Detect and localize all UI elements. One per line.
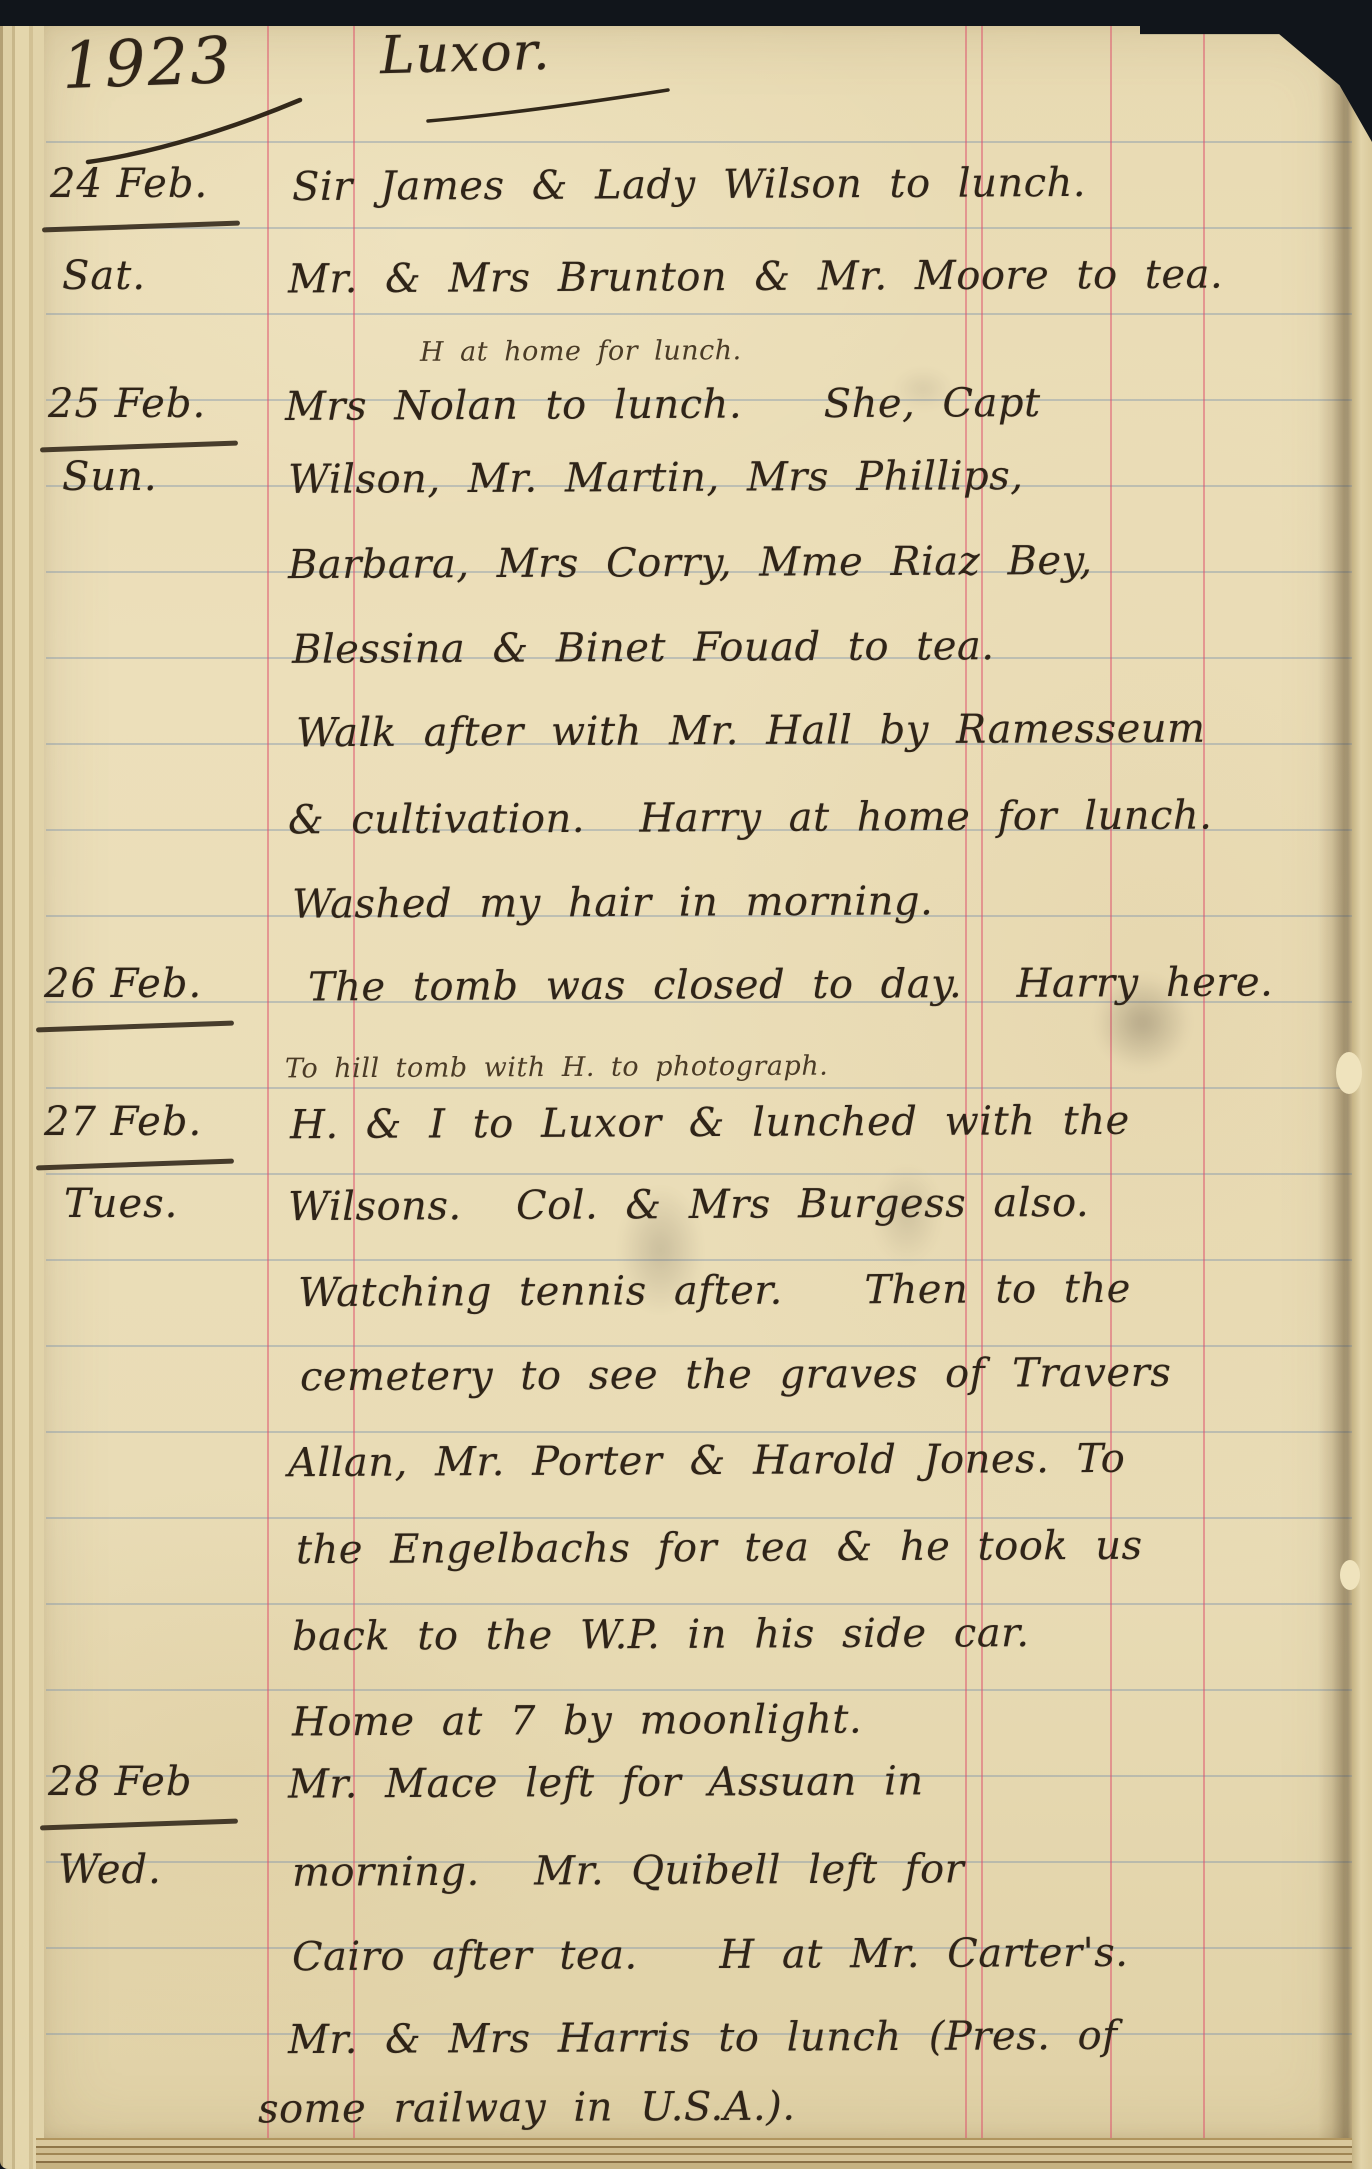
entry-text: Cairo after tea. H at Mr. Carter's. [292, 1930, 1129, 1980]
ruled-line [46, 1259, 1366, 1261]
interlinear-note: H at home for lunch. [420, 335, 742, 368]
ruled-line [46, 227, 1366, 229]
entry-text: Walk after with Mr. Hall by Ramesseum [296, 706, 1206, 757]
ruled-line [46, 1345, 1366, 1347]
entry-text: H. & I to Luxor & lunched with the [290, 1098, 1130, 1148]
page-stack-bottom-edge [36, 2138, 1352, 2169]
page-edge-notch [1340, 1560, 1360, 1590]
adjacent-page-edge [1352, 92, 1372, 2169]
ink-smudge [872, 1165, 942, 1265]
margin-line [981, 24, 983, 2140]
entry-date-label: 25 Feb. [48, 382, 206, 426]
ink-smudge [1095, 975, 1190, 1070]
ruled-line [46, 1087, 1366, 1089]
margin-line [267, 24, 269, 2140]
entry-date-label: 26 Feb. [44, 962, 202, 1006]
margin-line [965, 24, 967, 2140]
ink-smudge [893, 368, 953, 410]
ruled-line [46, 1431, 1366, 1433]
margin-line [1203, 24, 1205, 2140]
entry-text: cemetery to see the graves of Travers [300, 1350, 1172, 1401]
entry-text: Mr. & Mrs Brunton & Mr. Moore to tea. [288, 252, 1223, 303]
entry-text: back to the W.P. in his side car. [292, 1610, 1030, 1660]
year-heading: 1923 [61, 29, 234, 99]
page-stack-left-edge [0, 18, 44, 2169]
ruled-line [46, 1603, 1366, 1605]
entry-text: Allan, Mr. Porter & Harold Jones. To [288, 1436, 1125, 1486]
ruled-line [46, 313, 1366, 315]
entry-text: Washed my hair in morning. [292, 878, 934, 927]
page-title: Luxor. [379, 26, 551, 82]
entry-text: Sir James & Lady Wilson to lunch. [292, 160, 1086, 210]
entry-date-label: Sun. [62, 455, 158, 499]
entry-text: Barbara, Mrs Corry, Mme Riaz Bey, [288, 538, 1093, 588]
ink-smudge [618, 1185, 703, 1315]
entry-text: the Engelbachs for tea & he took us [296, 1523, 1143, 1573]
entry-date-label: 27 Feb. [44, 1100, 202, 1144]
ruled-line [46, 1517, 1366, 1519]
entry-text: Mr. & Mrs Harris to lunch (Pres. of [288, 2013, 1118, 2063]
entry-text: Mr. Mace left for Assuan in [288, 1758, 924, 1807]
ruled-line [46, 1173, 1366, 1175]
interlinear-note: To hill tomb with H. to photograph. [285, 1051, 828, 1085]
entry-text: morning. Mr. Quibell left for [292, 1846, 965, 1896]
ruled-line [46, 141, 1366, 143]
entry-date-label: 24 Feb. [50, 162, 208, 206]
ruled-line [46, 1689, 1366, 1691]
entry-text: some railway in U.S.A.). [258, 2084, 796, 2133]
entry-text: Blessina & Binet Fouad to tea. [292, 623, 995, 673]
entry-text: Watching tennis after. Then to the [298, 1266, 1131, 1316]
entry-text: Wilson, Mr. Martin, Mrs Phillips, [288, 453, 1024, 503]
page-edge-notch [1336, 1052, 1362, 1094]
entry-date-label: Wed. [58, 1848, 162, 1892]
entry-text: & cultivation. Harry at home for lunch. [288, 793, 1213, 844]
scanned-diary-page: 1923 Luxor. 24 Feb.Sir James & Lady Wils… [0, 0, 1372, 2169]
margin-line [1110, 24, 1112, 2140]
entry-date-label: Tues. [64, 1182, 178, 1226]
entry-date-label: Sat. [62, 254, 146, 298]
entry-text: Home at 7 by moonlight. [292, 1697, 862, 1746]
entry-date-label: 28 Feb [48, 1760, 192, 1804]
